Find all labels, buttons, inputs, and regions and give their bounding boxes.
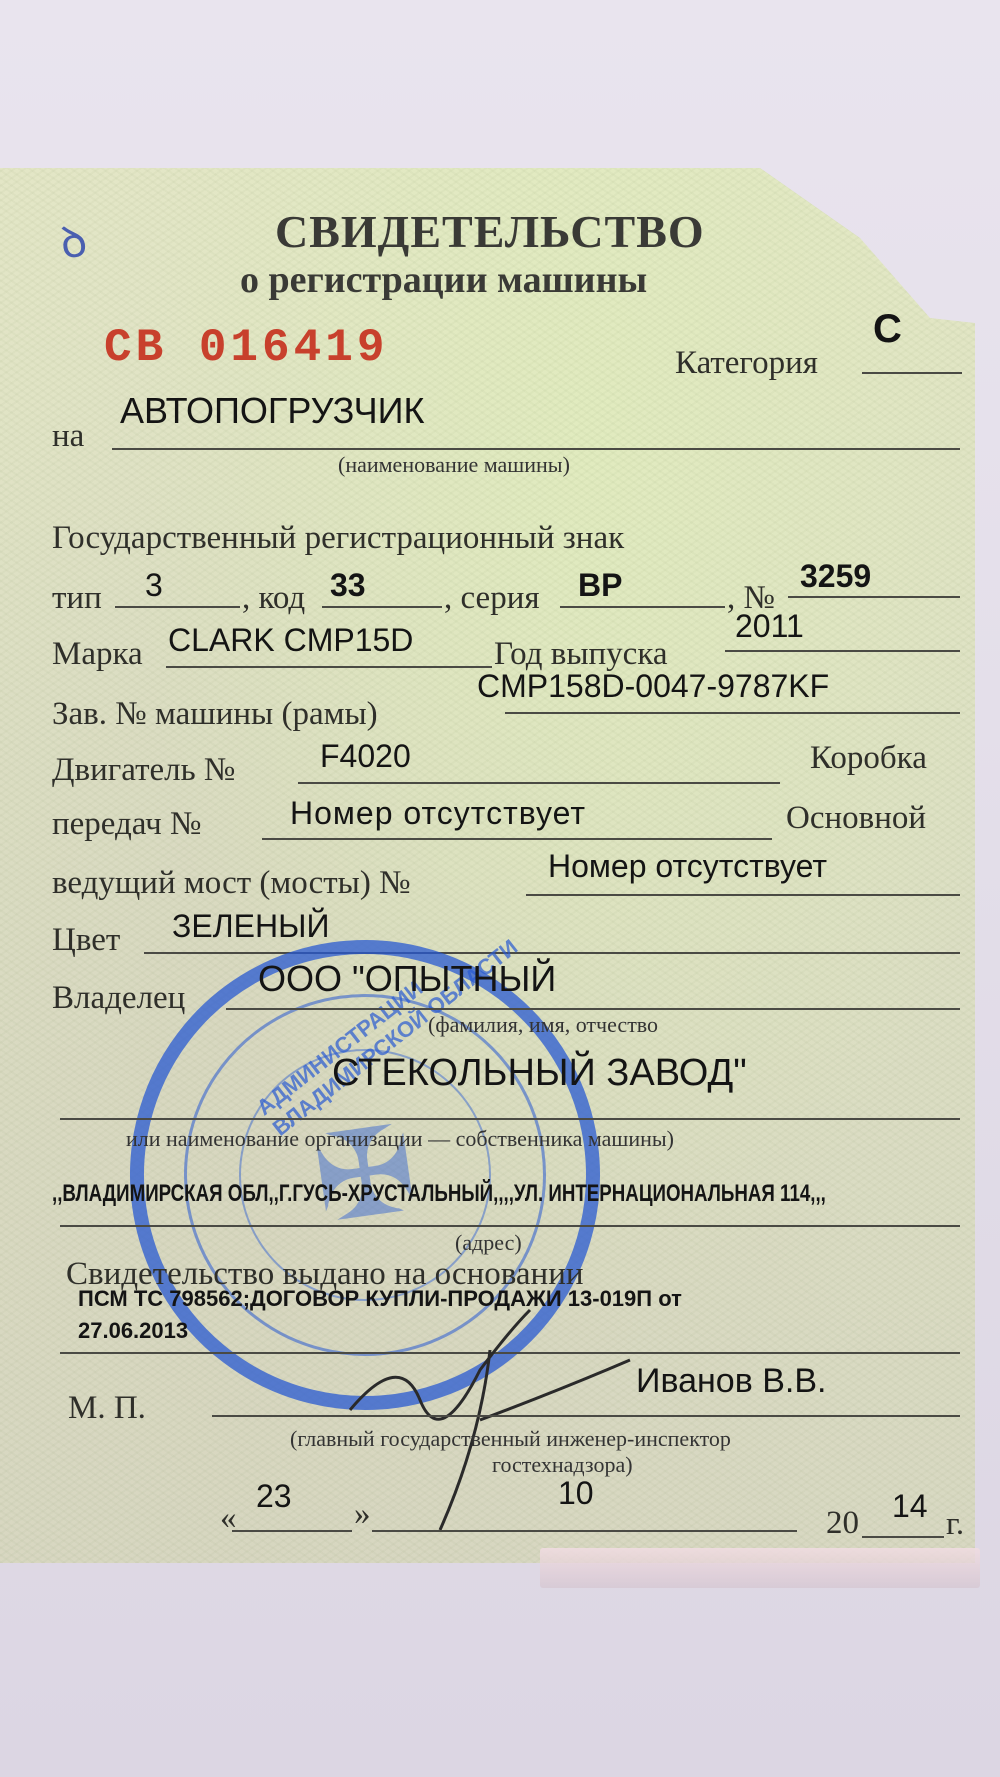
serial-number: СВ 016419 [104,322,388,374]
date-year: 14 [892,1488,928,1525]
code-label: , код [242,580,305,617]
series-value: ВР [578,567,622,604]
reg-sign-heading: Государственный регистрационный знак [52,520,624,557]
date-century: 20 [826,1505,859,1542]
color-value: ЗЕЛЕНЫЙ [172,908,329,945]
brand-label: Марка [52,636,143,673]
gearbox-value: Номер отсутствует [290,795,586,832]
address-value: ,,ВЛАДИМИРСКАЯ ОБЛ,,Г.ГУСЬ-ХРУСТАЛЬНЫЙ,,… [52,1180,826,1208]
inspector-name: Иванов В.В. [636,1362,826,1401]
eagle-emblem-icon: ✠ [306,1099,425,1251]
owner-caption-2: или наименование организации — собственн… [126,1126,674,1152]
address-caption: (адрес) [455,1230,522,1256]
date-suffix: г. [946,1506,964,1543]
year-value: 2011 [735,608,804,645]
category-value: С [873,307,902,352]
mp-label: М. П. [68,1390,146,1427]
owner-value-2: СТЕКОЛЬНЫЙ ЗАВОД" [332,1052,747,1095]
inspector-caption-1: (главный государственный инженер-инспект… [290,1426,731,1452]
brand-value: CLARK CMP15D [168,622,413,659]
signature [340,1290,640,1550]
gearbox-label-1: Коробка [810,740,927,777]
series-label: , серия [444,580,540,617]
type-label: тип [52,580,102,617]
color-label: Цвет [52,922,120,959]
frame-value: CMP158D-0047-9787KF [477,668,829,705]
owner-caption-1: (фамилия, имя, отчество [428,1012,658,1038]
tape-strip [540,1548,980,1588]
frame-label: Зав. № машины (рамы) [52,696,378,733]
doc-title: СВИДЕТЕЛЬСТВО [275,205,705,258]
number-value: 3259 [800,558,871,595]
date-close-quote: » [354,1496,371,1533]
date-day: 23 [256,1478,292,1515]
axle-label-1: Основной [786,800,926,837]
axle-value: Номер отсутствует [548,848,827,885]
date-month: 10 [558,1475,594,1512]
owner-label: Владелец [52,980,185,1017]
category-label: Категория [675,345,818,382]
code-value: 33 [330,567,366,604]
machine-name-caption: (наименование машины) [338,452,570,478]
engine-value: F4020 [320,738,411,775]
type-value: 3 [145,567,163,604]
axle-label-2: ведущий мост (мосты) № [52,865,411,902]
machine-name: АВТОПОГРУЗЧИК [120,390,424,432]
basis-value-2: 27.06.2013 [78,1318,188,1344]
owner-value-1: ООО "ОПЫТНЫЙ [258,958,556,1000]
gearbox-label-2: передач № [52,806,201,843]
engine-label: Двигатель № [52,752,235,789]
na-label: на [52,418,84,455]
doc-subtitle: о регистрации машины [240,258,647,302]
